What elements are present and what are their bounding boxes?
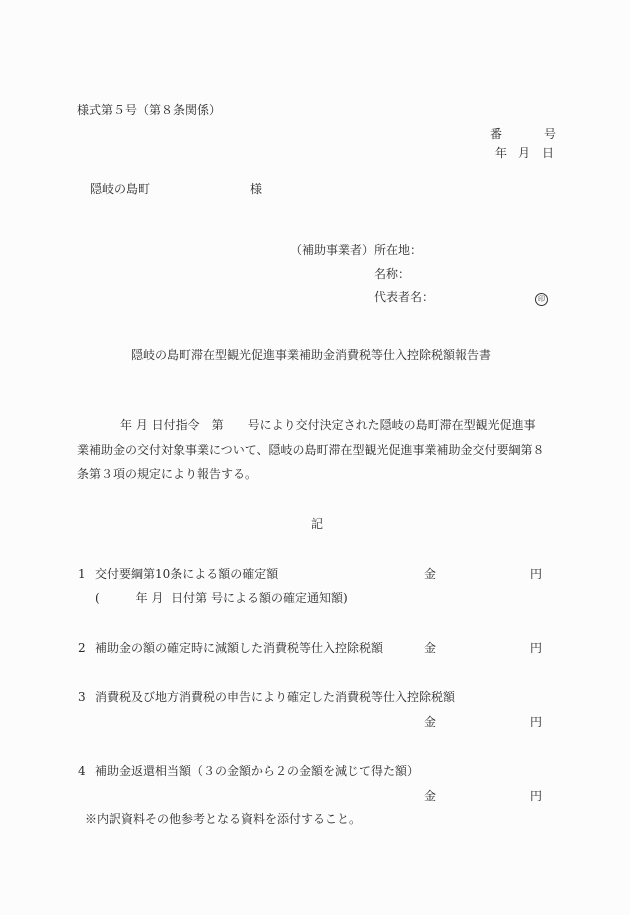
kin-label: 金 [424,567,436,581]
representative-label: 代表者名： [374,290,434,304]
date-year: 年 [495,146,507,160]
item-label: 交付要綱第10条による額の確定額 [95,567,278,581]
addressee-name: 隠岐の島町 [90,182,150,196]
attachment-note: ※内訳資料その他参考となる資料を添付すること。 [85,812,361,826]
yen-label: 円 [530,641,542,655]
applicant-role: （補助事業者） [290,243,374,257]
item-number: 4 [78,764,86,778]
yen-label: 円 [530,567,542,581]
item-sub-note: ( 年 月 日付第 号による額の確定通知額) [95,591,348,605]
name-label: 名称： [374,267,410,281]
item-number: 1 [78,567,86,581]
body-line-2: 業補助金の交付対象事業について、隠岐の島町滞在型観光促進事業補助金交付要綱第８ [77,443,545,457]
yen-label: 円 [530,789,542,803]
kin-label: 金 [424,715,436,729]
seal-mark: 印 [535,293,548,306]
date-month: 月 [518,146,530,160]
number-label-ban: 番 [490,127,502,141]
body-line-3: 条第３項の規定により報告する。 [77,467,257,481]
ki-heading: 記 [311,517,323,531]
item-label: 補助金返還相当額（３の金額から２の金額を減じて得た額） [95,764,419,778]
item-number: 3 [78,690,86,704]
seal-icon: 印 [535,290,548,306]
document-title: 隠岐の島町滞在型観光促進事業補助金消費税等仕入控除税額報告書 [131,348,491,362]
yen-label: 円 [530,715,542,729]
number-label-go: 号 [544,127,556,141]
date-day: 日 [542,146,554,160]
kin-label: 金 [424,789,436,803]
kin-label: 金 [424,641,436,655]
item-label: 補助金の額の確定時に減額した消費税等仕入控除税額 [95,641,383,655]
item-number: 2 [78,641,86,655]
item-label: 消費税及び地方消費税の申告により確定した消費税等仕入控除税額 [95,690,455,704]
body-line-1: 年 月 日付指令 第 号により交付決定された隠岐の島町滞在型観光促進事 [120,418,536,432]
address-label: 所在地： [374,243,422,257]
addressee-honorific: 様 [250,182,262,196]
form-number: 様式第５号（第８条関係） [77,103,221,117]
